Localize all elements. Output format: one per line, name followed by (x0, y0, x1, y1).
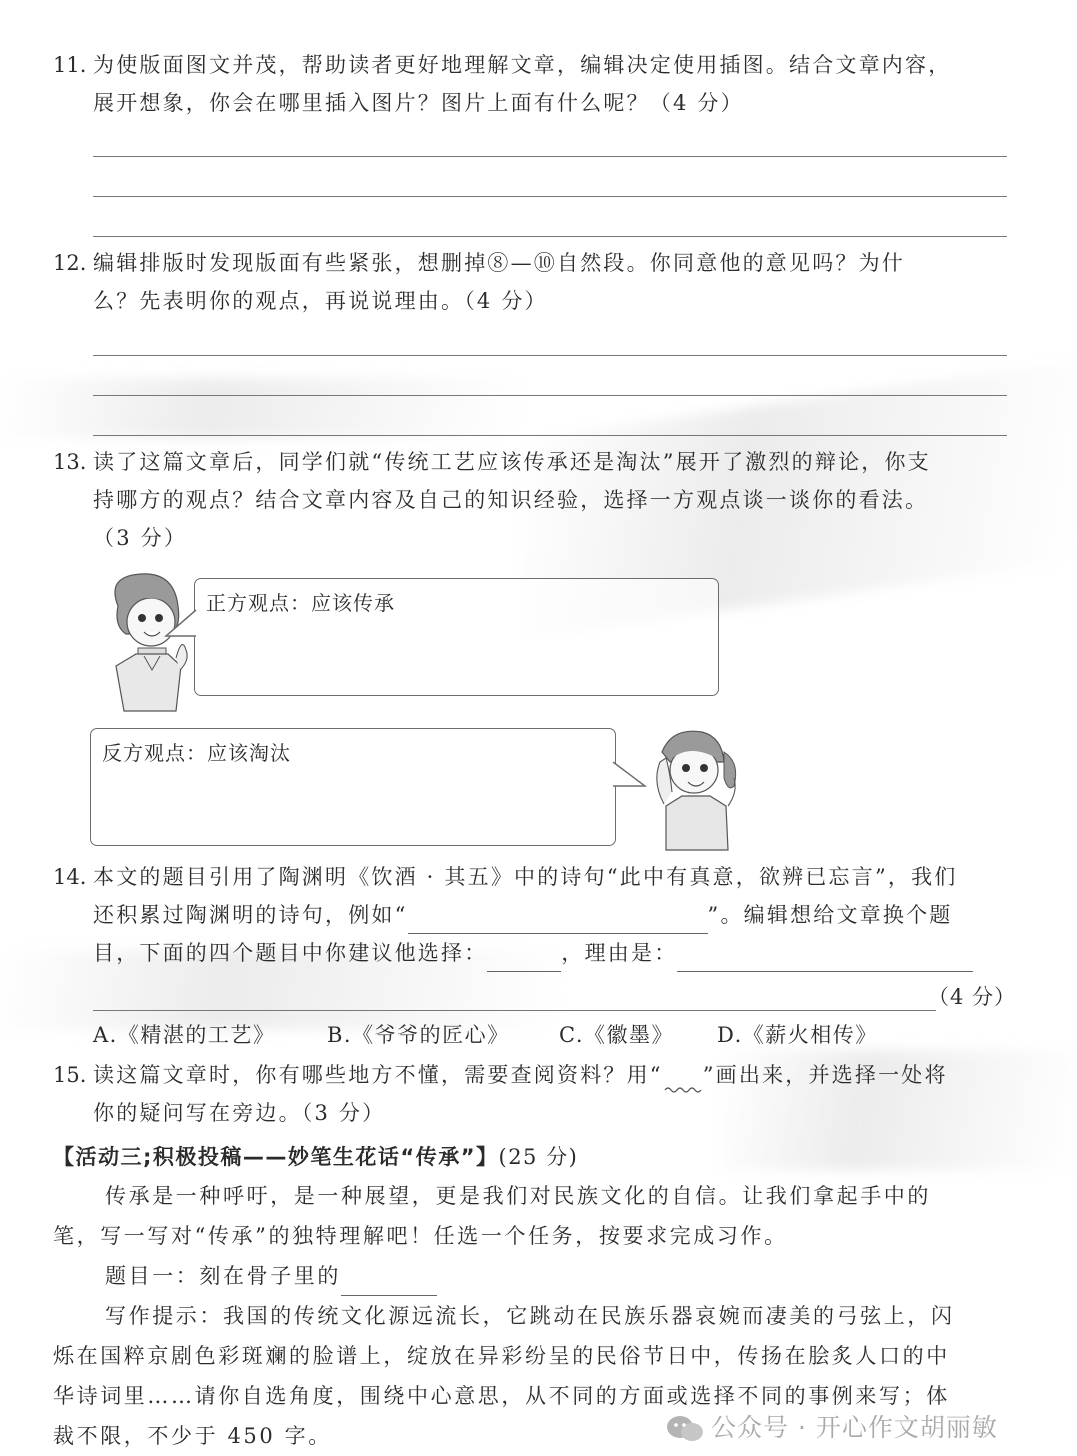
pro-opinion-bubble[interactable]: 正方观点：应该传承 (194, 578, 719, 696)
girl-illustration-icon (642, 722, 742, 854)
activity-score: (25 分) (499, 1145, 579, 1169)
question-12: 12.编辑排版时发现版面有些紧张，想删掉⑧—⑩自然段。你同意他的意见吗？为什 么… (53, 244, 905, 320)
pro-opinion-label: 正方观点：应该传承 (206, 587, 395, 616)
title-options: A.《精湛的工艺》B.《爷爷的匠心》C.《徽墨》D.《薪火相传》 (93, 1016, 878, 1054)
question-text: 么？先表明你的观点，再说说理由。（4 分） (53, 282, 905, 320)
question-text: ”画出来，并选择一处将 (703, 1063, 948, 1087)
question-number: 15. (53, 1056, 93, 1094)
background-wash (0, 378, 520, 438)
question-11: 11.为使版面图文并茂，帮助读者更好地理解文章，编辑决定使用插图。结合文章内容，… (53, 46, 951, 122)
intro-line: 笔，写一写对“传承”的独特理解吧！任选一个任务，按要求完成习作。 (53, 1216, 1008, 1256)
question-score: （3 分） (53, 519, 931, 557)
question-text-line2: 还积累过陶渊明的诗句，例如“”。编辑想给文章换个题 (53, 896, 1023, 934)
watermark: 公众号 · 开心作文胡丽敏 (665, 1408, 998, 1444)
option-c[interactable]: C.《徽墨》 (559, 1016, 717, 1054)
topic-line: 题目一：刻在骨子里的 (53, 1256, 1008, 1296)
question-text: 编辑排版时发现版面有些紧张，想删掉⑧—⑩自然段。你同意他的意见吗？为什 (93, 251, 905, 275)
wavy-underline-icon (663, 1072, 703, 1094)
question-text: 展开想象，你会在哪里插入图片？图片上面有什么呢？（4 分） (53, 84, 951, 122)
question-text: 读了这篇文章后，同学们就“传统工艺应该传承还是淘汰”展开了激烈的辩论，你支 (93, 450, 931, 474)
answer-line[interactable] (93, 236, 1007, 237)
intro-line: 传承是一种呼吁，是一种展望，更是我们对民族文化的自信。让我们拿起手中的 (53, 1176, 1008, 1216)
option-a[interactable]: A.《精湛的工艺》 (93, 1016, 327, 1054)
answer-line[interactable] (93, 435, 1007, 436)
question-text: 本文的题目引用了陶渊明《饮酒 · 其五》中的诗句“此中有真意，欲辨已忘言”，我们 (93, 865, 958, 889)
bubble-tail (164, 608, 198, 640)
question-text: 还积累过陶渊明的诗句，例如“ (93, 903, 408, 927)
hint-line: 烁在国粹京剧色彩斑斓的脸谱上，绽放在异彩纷呈的民俗节日中，传扬在脍炙人口的中 (53, 1336, 1008, 1376)
boy-illustration-icon (96, 566, 196, 716)
con-opinion-label: 反方观点：应该淘汰 (102, 737, 291, 766)
topic-blank-input[interactable] (341, 1273, 437, 1296)
question-text: 目，下面的四个题目中你建议他选择： (93, 941, 487, 965)
question-text: 你的疑问写在旁边。（3 分） (53, 1094, 1023, 1132)
option-d[interactable]: D.《薪火相传》 (717, 1023, 878, 1047)
option-b[interactable]: B.《爷爷的匠心》 (327, 1016, 559, 1054)
reason-continuation-line[interactable] (93, 1010, 936, 1011)
reason-blank-input[interactable] (677, 949, 973, 972)
question-text: 为使版面图文并茂，帮助读者更好地理解文章，编辑决定使用插图。结合文章内容， (93, 53, 951, 77)
question-15: 15.读这篇文章时，你有哪些地方不懂，需要查阅资料？用“”画出来，并选择一处将 … (53, 1056, 1023, 1132)
con-opinion-bubble[interactable]: 反方观点：应该淘汰 (90, 728, 616, 846)
question-score: （4 分） (928, 978, 1016, 1016)
question-text-line3: 目，下面的四个题目中你建议他选择：，理由是： (53, 934, 1023, 972)
answer-line[interactable] (93, 156, 1007, 157)
answer-line[interactable] (93, 355, 1007, 356)
question-text: ，理由是： (561, 941, 677, 965)
activity-title: 【活动三;积极投稿——妙笔生花话“传承”】 (53, 1145, 499, 1169)
question-number: 11. (53, 46, 93, 84)
question-number: 13. (53, 443, 93, 481)
question-13: 13.读了这篇文章后，同学们就“传统工艺应该传承还是淘汰”展开了激烈的辩论，你支… (53, 443, 931, 557)
question-text: 持哪方的观点？结合文章内容及自己的知识经验，选择一方观点谈一谈你的看法。 (53, 481, 931, 519)
answer-line[interactable] (93, 395, 1007, 396)
question-text: 读这篇文章时，你有哪些地方不懂，需要查阅资料？用“ (93, 1063, 663, 1087)
title-choice-blank-input[interactable] (487, 949, 561, 972)
question-number: 12. (53, 244, 93, 282)
question-14: 14.本文的题目引用了陶渊明《饮酒 · 其五》中的诗句“此中有真意，欲辨已忘言”… (53, 858, 1023, 972)
wechat-icon (665, 1414, 705, 1444)
watermark-text: 公众号 · 开心作文胡丽敏 (711, 1413, 998, 1442)
activity-heading: 【活动三;积极投稿——妙笔生花话“传承”】(25 分) (53, 1141, 578, 1171)
answer-line[interactable] (93, 196, 1007, 197)
hint-line: 写作提示：我国的传统文化源远流长，它跳动在民族乐器哀婉而凄美的弓弦上，闪 (53, 1296, 1008, 1336)
poem-blank-input[interactable] (408, 911, 708, 934)
question-number: 14. (53, 858, 93, 896)
question-text: ”。编辑想给文章换个题 (708, 903, 953, 927)
topic-label: 题目一：刻在骨子里的 (105, 1264, 341, 1288)
